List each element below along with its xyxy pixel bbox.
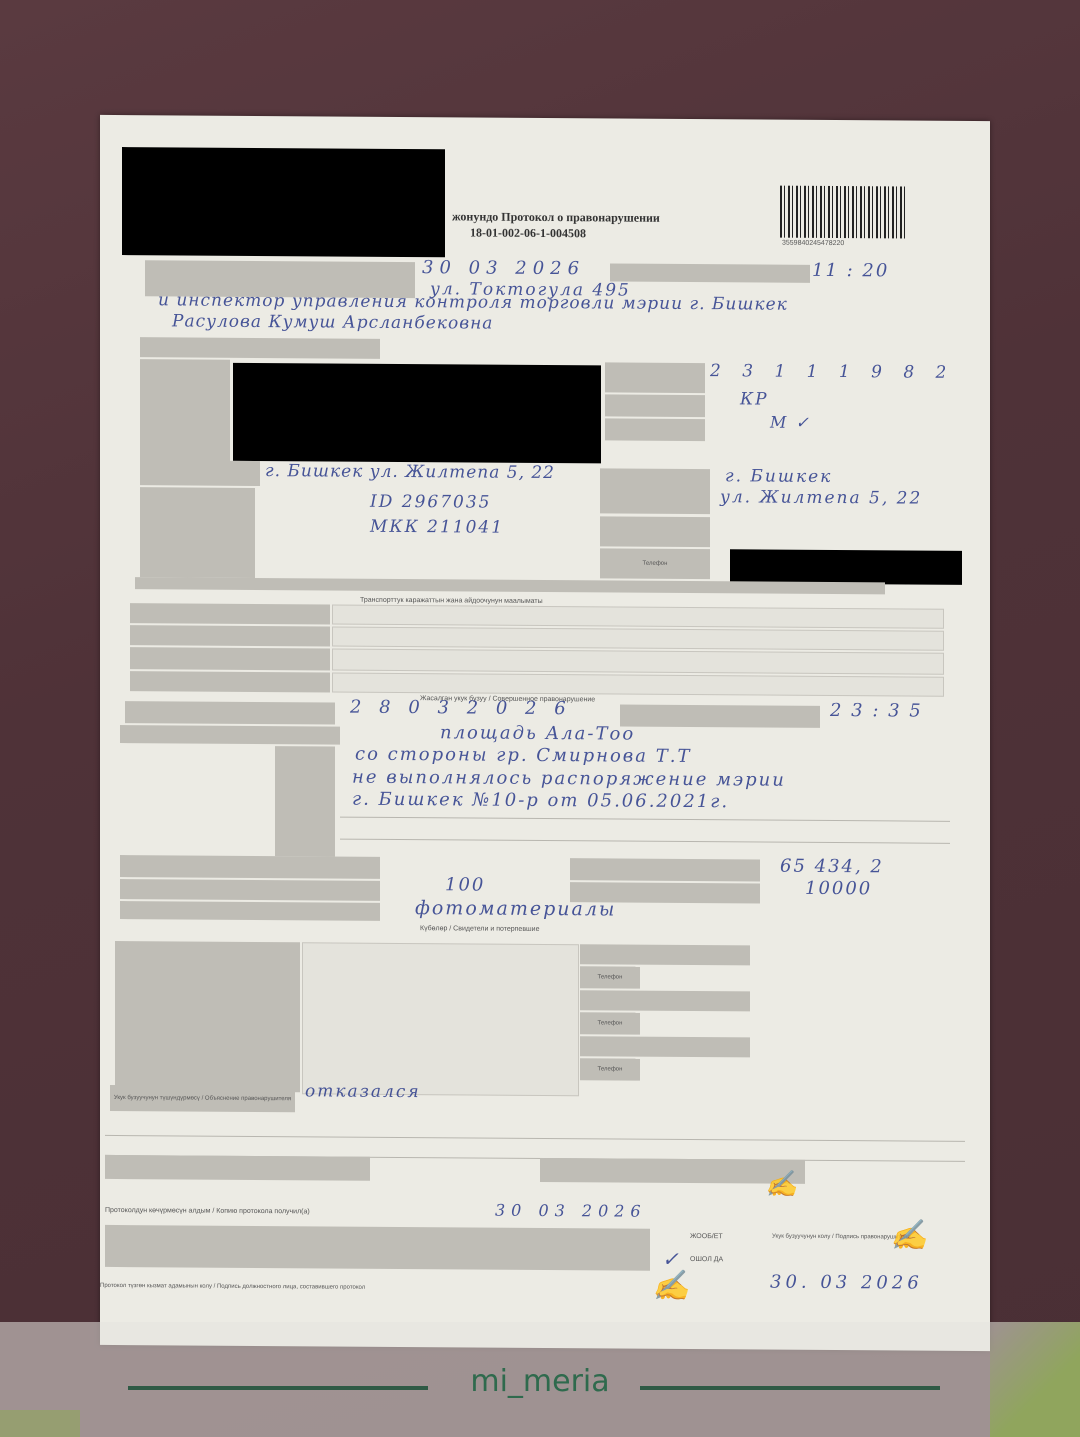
label-column — [140, 359, 230, 475]
label-evidence — [120, 901, 380, 921]
offense-time: 2 3 : 3 5 — [830, 700, 923, 722]
receipt-label: Протоколдун көчүрмөсүн алдым / Копию про… — [105, 1207, 310, 1215]
signature-3: ✍ — [652, 1269, 691, 1304]
witness-birth-label-2 — [580, 990, 750, 1011]
label-documents — [140, 487, 255, 578]
watermark-text: mi_meria — [0, 1364, 1080, 1399]
vehicle-field-1 — [332, 605, 944, 629]
label-article-law — [570, 858, 760, 881]
vehicle-field-2 — [332, 627, 944, 651]
label-vehicle-1 — [130, 603, 330, 624]
document-number: 18-01-002-06-1-004508 — [470, 225, 586, 241]
label-offense-time — [620, 705, 820, 728]
label-agree-block — [105, 1225, 650, 1271]
witness-birth-label — [580, 944, 750, 965]
witness-fields — [302, 942, 579, 1096]
witness-phone-label: Телефон — [580, 966, 640, 988]
label-birthdate — [605, 362, 705, 393]
inspector-line-2: Расулова Кумуш Арсланбековна — [172, 311, 493, 333]
witness-birth-label-3 — [580, 1036, 750, 1057]
witness-phone-label-3: Телефон — [580, 1058, 640, 1080]
redaction-person — [233, 363, 601, 464]
disagree-option: ОШОЛ ДА — [690, 1256, 723, 1263]
protocol-document: жонундо Протокол о правонарушении 18-01-… — [100, 115, 990, 1351]
receipt-date: 30 03 2026 — [495, 1201, 647, 1221]
label-workplace — [600, 516, 710, 547]
redaction-phone — [730, 549, 962, 585]
label-protocol-time — [610, 263, 810, 282]
offense-place: площадь Ала-Тоо — [440, 722, 635, 744]
label-explanation: Укук бузуучунун түшүндүрмөсү / Объяснени… — [110, 1085, 295, 1112]
signature-1: ✍ — [765, 1170, 799, 1200]
vehicle-field-4 — [332, 673, 944, 697]
label-residence — [140, 460, 260, 486]
witness-1-label — [115, 941, 300, 1092]
label-vehicle-3 — [130, 647, 330, 670]
label-description — [275, 746, 335, 856]
article: 65 434, 2 — [780, 856, 884, 878]
explanation-rule — [105, 1135, 965, 1142]
sex: М ✓ — [770, 413, 811, 432]
label-vehicle-2 — [130, 625, 330, 646]
fine-amount: 10000 — [805, 878, 872, 899]
label-rights — [105, 1155, 370, 1181]
fine-units: 100 — [445, 874, 485, 895]
description-line-3: г. Бишкек №10-р от 05.06.2021г. — [352, 789, 729, 813]
label-person-block — [140, 337, 380, 359]
actual-address-1: г. Бишкек — [725, 466, 832, 487]
evidence: фотоматериалы — [415, 897, 616, 920]
section-transport: Транспорттук каражаттын жана айдоочунун … — [360, 597, 543, 605]
citizenship: КР — [740, 389, 769, 409]
label-fine-units — [120, 879, 380, 901]
agree-option: ЖООБ/ЕТ — [690, 1233, 723, 1240]
refusal-note: отказался — [305, 1081, 421, 1102]
signature-drafter-label: Протокол түзгөн кызмат адамынын колу / П… — [100, 1283, 365, 1291]
document-title: жонундо Протокол о правонарушении — [452, 209, 660, 225]
section-witnesses: Күбөлөр / Свидетели и потерпевшие — [420, 925, 539, 933]
redaction-header — [122, 147, 445, 257]
document-1: ID 2967035 — [370, 492, 491, 513]
witness-phone-label-2: Телефон — [580, 1012, 640, 1034]
description-rule — [340, 839, 950, 844]
protocol-date: 30 03 2026 — [422, 257, 585, 279]
vehicle-field-3 — [332, 649, 944, 675]
barcode-number: 3559840245478220 — [782, 240, 844, 247]
barcode-icon — [780, 186, 905, 239]
final-date: 30. 03 2026 — [770, 1272, 923, 1294]
signature-2: ✍ — [890, 1218, 929, 1253]
label-vehicle-4 — [130, 671, 330, 692]
description-rule — [340, 817, 950, 822]
residence-address: г. Бишкек ул. Жилтепа 5, 22 — [265, 461, 555, 483]
description-line-2: не выполнялось распоряжение мэрии — [352, 767, 786, 791]
label-phone: Телефон — [600, 548, 710, 579]
description-line-1: со стороны гр. Смирнова Т.Т — [355, 744, 691, 767]
label-citizenship — [605, 394, 705, 417]
label-offense-date — [125, 701, 335, 724]
offense-date: 2 8 0 3 2 0 2 6 — [350, 697, 572, 720]
disagree-check: ✓ — [662, 1247, 681, 1271]
birth-date: 2 3 1 1 1 9 8 2 — [710, 361, 954, 383]
label-actual-address — [600, 468, 710, 514]
label-sex — [605, 418, 705, 441]
label-offense-place — [120, 725, 340, 745]
label-article-1 — [120, 855, 380, 879]
watermark-accent-left — [0, 1410, 80, 1437]
actual-address-2: ул. Жилтепа 5, 22 — [720, 487, 922, 508]
protocol-time: 11 : 20 — [812, 260, 889, 282]
document-2: МКК 211041 — [370, 517, 504, 538]
